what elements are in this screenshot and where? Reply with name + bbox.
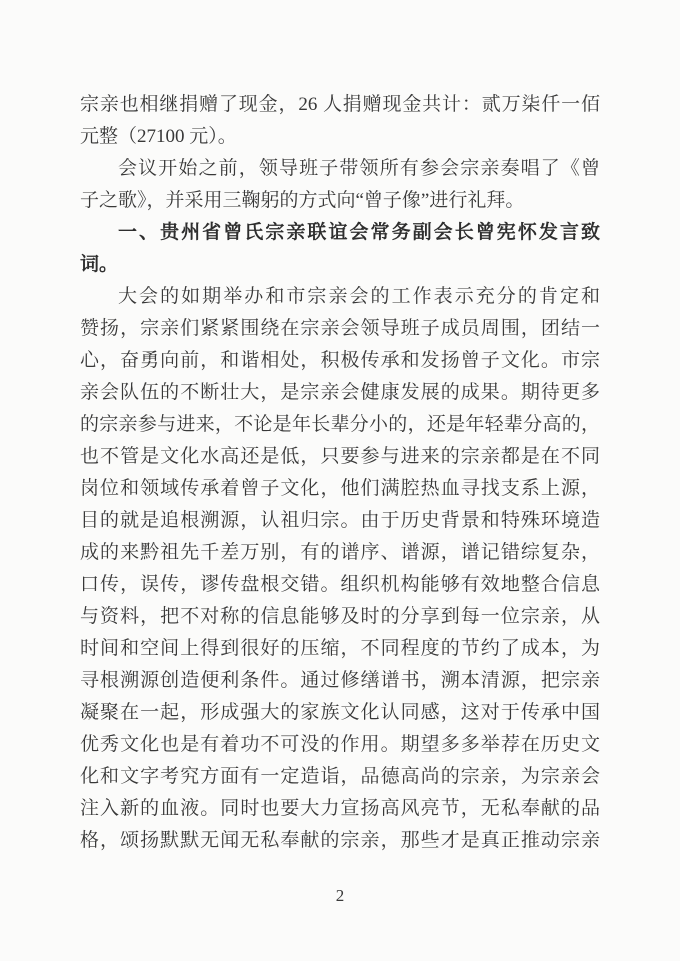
text-line: 成的来黔祖先千差万别，有的谱序、谱源，谱记错综复杂，: [80, 537, 600, 569]
text-line: 大会的如期举办和市宗亲会的工作表示充分的肯定和: [80, 281, 600, 313]
text-line: 元整（27100 元）。: [80, 121, 600, 153]
text-line: 优秀文化也是有着功不可没的作用。期望多多举荐在历史文: [80, 729, 600, 761]
text-line: 亲会队伍的不断壮大，是宗亲会健康发展的成果。期待更多: [80, 377, 600, 409]
text-line: 格，颂扬默默无闻无私奉献的宗亲，那些才是真正推动宗亲: [80, 825, 600, 857]
document-page: 宗亲也相继捐赠了现金，26 人捐赠现金共计：贰万柒仟一佰元整（27100 元）。…: [0, 0, 680, 961]
text-line: 与资料，把不对称的信息能够及时的分享到每一位宗亲，从: [80, 601, 600, 633]
text-line: 时间和空间上得到很好的压缩，不同程度的节约了成本，为: [80, 633, 600, 665]
text-line: 化和文字考究方面有一定造诣，品德高尚的宗亲，为宗亲会: [80, 761, 600, 793]
page-number: 2: [0, 886, 680, 906]
text-line: 宗亲也相继捐赠了现金，26 人捐赠现金共计：贰万柒仟一佰: [80, 89, 600, 121]
text-line: 寻根溯源创造便利条件。通过修缮谱书，溯本清源，把宗亲: [80, 665, 600, 697]
text-line: 会议开始之前，领导班子带领所有参会宗亲奏唱了《曾: [80, 153, 600, 185]
text-line: 也不管是文化水高还是低，只要参与进来的宗亲都是在不同: [80, 441, 600, 473]
text-line: 口传，误传，谬传盘根交错。组织机构能够有效地整合信息: [80, 569, 600, 601]
document-body: 宗亲也相继捐赠了现金，26 人捐赠现金共计：贰万柒仟一佰元整（27100 元）。…: [80, 89, 600, 857]
heading-line: 一、贵州省曾氏宗亲联谊会常务副会长曾宪怀发言致: [80, 217, 600, 249]
text-line: 目的就是追根溯源，认祖归宗。由于历史背景和特殊环境造: [80, 505, 600, 537]
text-line: 凝聚在一起，形成强大的家族文化认同感，这对于传承中国: [80, 697, 600, 729]
text-line: 子之歌》，并采用三鞠躬的方式向“曾子像”进行礼拜。: [80, 185, 600, 217]
text-line: 的宗亲参与进来，不论是年长辈分小的，还是年轻辈分高的，: [80, 409, 600, 441]
heading-line: 词。: [80, 249, 600, 281]
text-line: 心，奋勇向前，和谐相处，积极传承和发扬曾子文化。市宗: [80, 345, 600, 377]
text-line: 注入新的血液。同时也要大力宣扬高风亮节，无私奉献的品: [80, 793, 600, 825]
text-line: 赞扬，宗亲们紧紧围绕在宗亲会领导班子成员周围，团结一: [80, 313, 600, 345]
text-line: 岗位和领域传承着曾子文化，他们满腔热血寻找支系上源，: [80, 473, 600, 505]
